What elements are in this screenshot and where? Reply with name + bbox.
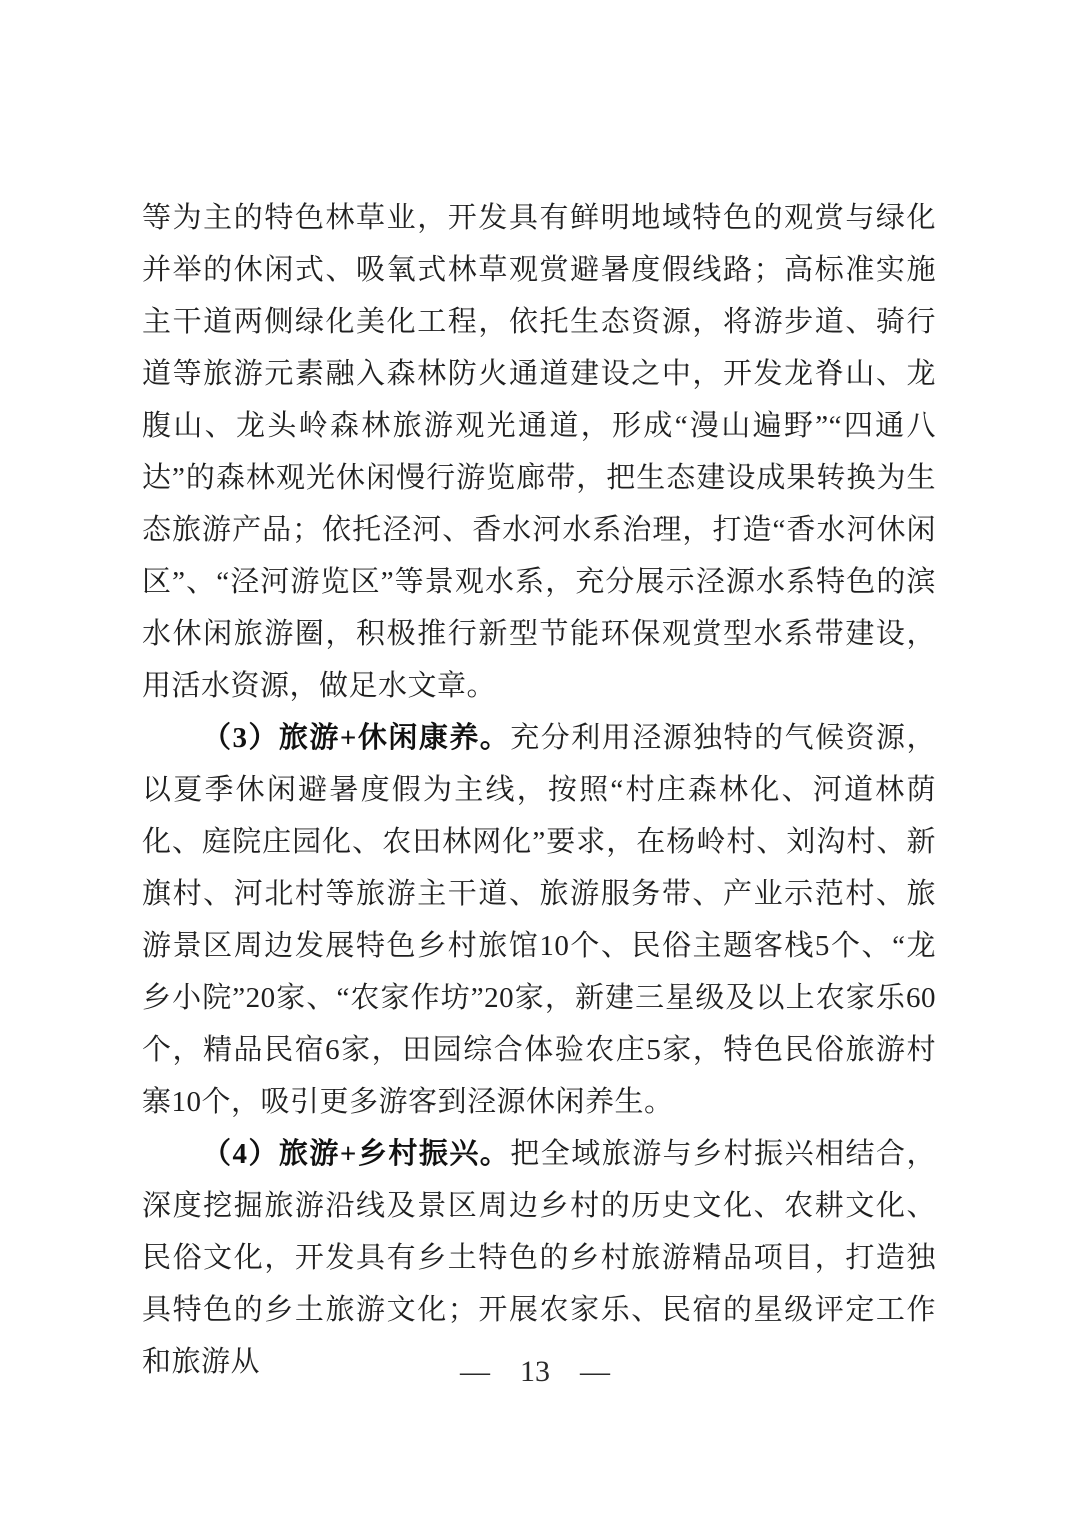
paragraph-text: 充分利用泾源独特的气候资源，以夏季休闲避暑度假为主线，按照“村庄森林化、河道林荫… bbox=[142, 722, 936, 1118]
paragraph: （3）旅游+休闲康养。充分利用泾源独特的气候资源，以夏季休闲避暑度假为主线，按照… bbox=[142, 712, 936, 1128]
page-number: 13 bbox=[520, 1352, 550, 1392]
paragraph-text: 把全域旅游与乡村振兴相结合，深度挖掘旅游沿线及景区周边乡村的历史文化、农耕文化、… bbox=[142, 1138, 936, 1378]
page-footer: —13— bbox=[0, 1352, 1070, 1392]
paragraph-heading: （4）旅游+乡村振兴。 bbox=[202, 1138, 510, 1170]
footer-dash-left: — bbox=[460, 1352, 490, 1392]
paragraph: （4）旅游+乡村振兴。把全域旅游与乡村振兴相结合，深度挖掘旅游沿线及景区周边乡村… bbox=[142, 1128, 936, 1388]
paragraph-heading: （3）旅游+休闲康养。 bbox=[202, 722, 510, 754]
document-body: 等为主的特色林草业，开发具有鲜明地域特色的观赏与绿化并举的休闲式、吸氧式林草观赏… bbox=[142, 192, 936, 1388]
footer-dash-right: — bbox=[580, 1352, 610, 1392]
paragraph: 等为主的特色林草业，开发具有鲜明地域特色的观赏与绿化并举的休闲式、吸氧式林草观赏… bbox=[142, 192, 936, 712]
paragraph-text: 等为主的特色林草业，开发具有鲜明地域特色的观赏与绿化并举的休闲式、吸氧式林草观赏… bbox=[142, 202, 936, 702]
document-page: 等为主的特色林草业，开发具有鲜明地域特色的观赏与绿化并举的休闲式、吸氧式林草观赏… bbox=[0, 0, 1070, 1515]
